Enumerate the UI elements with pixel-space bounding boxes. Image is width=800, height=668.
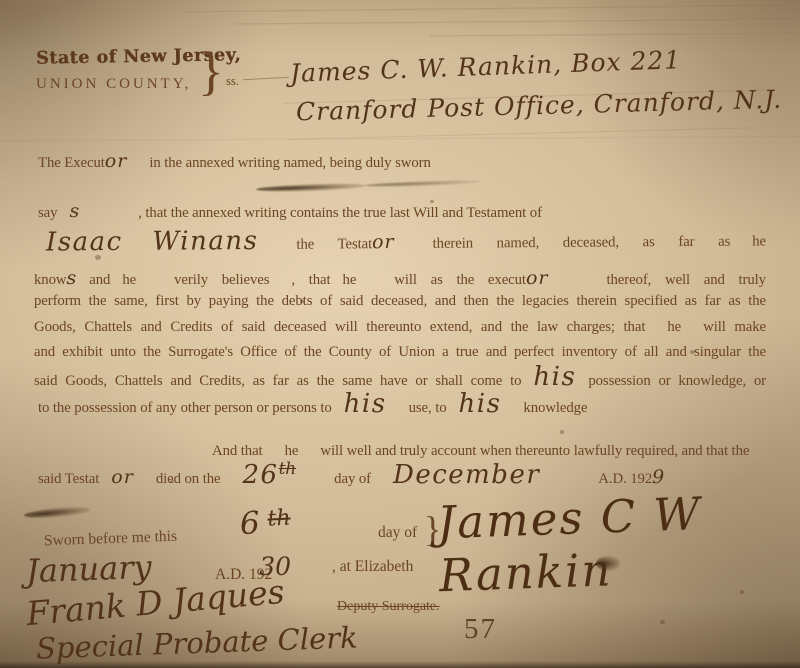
blank-space xyxy=(395,247,433,248)
handwritten-text: his xyxy=(533,362,576,392)
paper-crease xyxy=(185,5,795,13)
printed-text: he xyxy=(343,272,357,288)
sworn-before-label: Sworn before me this xyxy=(44,528,178,551)
printed-text: A.D. 192 xyxy=(598,471,652,487)
ink-smudge xyxy=(365,179,480,188)
photo-edge-shadow xyxy=(0,661,800,668)
form-line-perform: perform the same, first by paying the de… xyxy=(34,293,766,310)
printed-text: died on the xyxy=(156,471,221,487)
handwritten-text: or xyxy=(105,150,128,172)
printed-text: And that xyxy=(212,443,263,459)
blank-space xyxy=(730,245,752,246)
blank-space xyxy=(332,411,344,412)
day-of-label: day of xyxy=(378,524,417,542)
form-line-says: says, that the annexed writing contains … xyxy=(38,200,542,222)
ink-smudge xyxy=(256,182,366,193)
printed-text: and exhibit unto the Surrogate's Office … xyxy=(34,344,766,360)
blank-space xyxy=(298,454,320,455)
blank-space xyxy=(576,384,588,385)
handwritten-text: or xyxy=(372,231,395,253)
printed-text: he xyxy=(667,319,681,335)
printed-text: therein named, deceased, as far as xyxy=(433,234,731,252)
printed-text: said Goods, Chattels and Credits, as far… xyxy=(34,373,521,389)
handwritten-text: or xyxy=(111,466,134,488)
printed-text: said Testat xyxy=(38,471,99,487)
blank-space xyxy=(263,454,285,455)
paper-speck xyxy=(690,350,695,354)
document-page: State of New Jersey, UNION COUNTY, } ss.… xyxy=(0,0,800,668)
blank-space xyxy=(331,283,343,284)
printed-text: know xyxy=(34,272,66,288)
blank-space xyxy=(136,283,174,284)
paper-crease xyxy=(235,19,795,25)
paper-speck xyxy=(430,200,434,203)
printed-text: will make xyxy=(703,319,766,335)
blank-space xyxy=(296,482,334,483)
header-ss-abbrev: ss. xyxy=(226,74,239,89)
blank-space xyxy=(356,283,394,284)
printed-text: The Execut xyxy=(38,155,105,171)
blank-space xyxy=(645,330,667,331)
paper-crease xyxy=(430,33,795,37)
printed-text: and xyxy=(89,272,110,288)
handwritten-text: 26 xyxy=(242,460,278,490)
blank-space xyxy=(220,482,242,483)
blank-space xyxy=(57,216,69,217)
printed-text: use, to xyxy=(409,400,447,416)
handwritten-text: December xyxy=(393,460,540,490)
blank-space xyxy=(269,283,291,284)
at-place-label: , at Elizabeth xyxy=(332,558,413,576)
day-suffix: th xyxy=(267,505,291,531)
paper-speck xyxy=(660,620,665,624)
printed-text: he xyxy=(752,233,766,249)
handwritten-text: or xyxy=(526,267,549,289)
form-line-inventory: and exhibit unto the Surrogate's Office … xyxy=(34,344,766,361)
form-line-knowledge: to the possession of any other person or… xyxy=(38,397,587,417)
printed-text: the Testat xyxy=(296,236,372,253)
form-line-account: And thathewill well and truly account wh… xyxy=(212,443,749,460)
handwritten-text: 9 xyxy=(652,466,665,488)
form-line-possession: said Goods, Chattels and Credits, as far… xyxy=(34,370,766,390)
blank-space xyxy=(521,384,533,385)
blank-space xyxy=(110,283,122,284)
handwritten-text: Isaac Winans xyxy=(46,226,259,257)
printed-text: , that the annexed writing contains the … xyxy=(138,205,542,221)
deputy-surrogate-label: Deputy Surrogate. xyxy=(337,599,440,615)
blank-space xyxy=(447,411,459,412)
blank-space xyxy=(77,283,89,284)
handwritten-text: his xyxy=(344,389,387,419)
printed-text: , that xyxy=(291,272,330,288)
header-brace: } xyxy=(198,44,224,98)
day-number-handwritten: 6th xyxy=(239,504,284,542)
blank-space xyxy=(371,482,393,483)
handwritten-text: th xyxy=(279,459,297,479)
blank-space xyxy=(127,166,149,167)
blank-space xyxy=(681,330,703,331)
blank-space xyxy=(501,411,523,412)
printed-text: say xyxy=(38,205,57,221)
blank-space xyxy=(99,482,111,483)
printed-text: knowledge xyxy=(523,400,587,416)
executor-signature: James C W Rankin xyxy=(436,484,800,603)
printed-text: Goods, Chattels and Credits of said dece… xyxy=(34,319,645,335)
printed-text: perform the same, first by paying the de… xyxy=(34,293,766,309)
paper-speck xyxy=(95,255,101,260)
printed-text: he xyxy=(285,443,299,459)
printed-text: to the possession of any other person or… xyxy=(38,400,332,416)
paper-speck xyxy=(740,590,744,594)
blank-space xyxy=(134,482,156,483)
header-county: UNION COUNTY, xyxy=(36,76,191,93)
printed-text: he xyxy=(122,272,136,288)
paper-speck xyxy=(300,300,304,303)
executor-address-handwritten: Cranford Post Office, Cranford, N.J. xyxy=(296,85,783,127)
printed-text: will as the execut xyxy=(394,272,526,288)
form-line-believes: knowsandheverily believes, thathewill as… xyxy=(34,267,766,289)
printed-text: thereof, well and truly xyxy=(606,272,766,288)
form-line-goods-extend: Goods, Chattels and Credits of said dece… xyxy=(34,319,766,336)
printed-text: in the annexed writing named, being duly… xyxy=(149,155,430,171)
printed-text: verily believes xyxy=(174,272,269,288)
ruled-line xyxy=(243,77,289,80)
blank-space xyxy=(80,216,138,217)
paper-speck xyxy=(170,480,174,483)
blank-space xyxy=(540,482,598,483)
printed-text: day of xyxy=(334,471,371,487)
handwritten-text: his xyxy=(459,389,502,419)
paper-speck xyxy=(560,430,564,434)
form-line-executor-sworn: The Executorin the annexed writing named… xyxy=(38,150,431,172)
ink-smudge xyxy=(24,505,91,520)
blank-space xyxy=(387,411,409,412)
blank-space xyxy=(258,248,296,249)
form-line-testator-name: Isaac Winansthe Testatortherein named, d… xyxy=(34,228,766,255)
handwritten-text: s xyxy=(69,200,80,222)
day-number: 6 xyxy=(239,505,261,542)
executor-name-handwritten: James C. W. Rankin, Box 221 xyxy=(290,45,682,88)
form-line-death-date: said Testatordied on the26thday ofDecemb… xyxy=(38,466,665,488)
blank-space xyxy=(548,283,606,284)
printed-text: possession or knowledge, or xyxy=(588,373,766,389)
handwritten-text: s xyxy=(66,267,77,289)
blank-space xyxy=(34,249,46,250)
page-number-stamp: 57 xyxy=(464,613,497,646)
printed-text: will well and truly account when thereun… xyxy=(320,443,749,459)
